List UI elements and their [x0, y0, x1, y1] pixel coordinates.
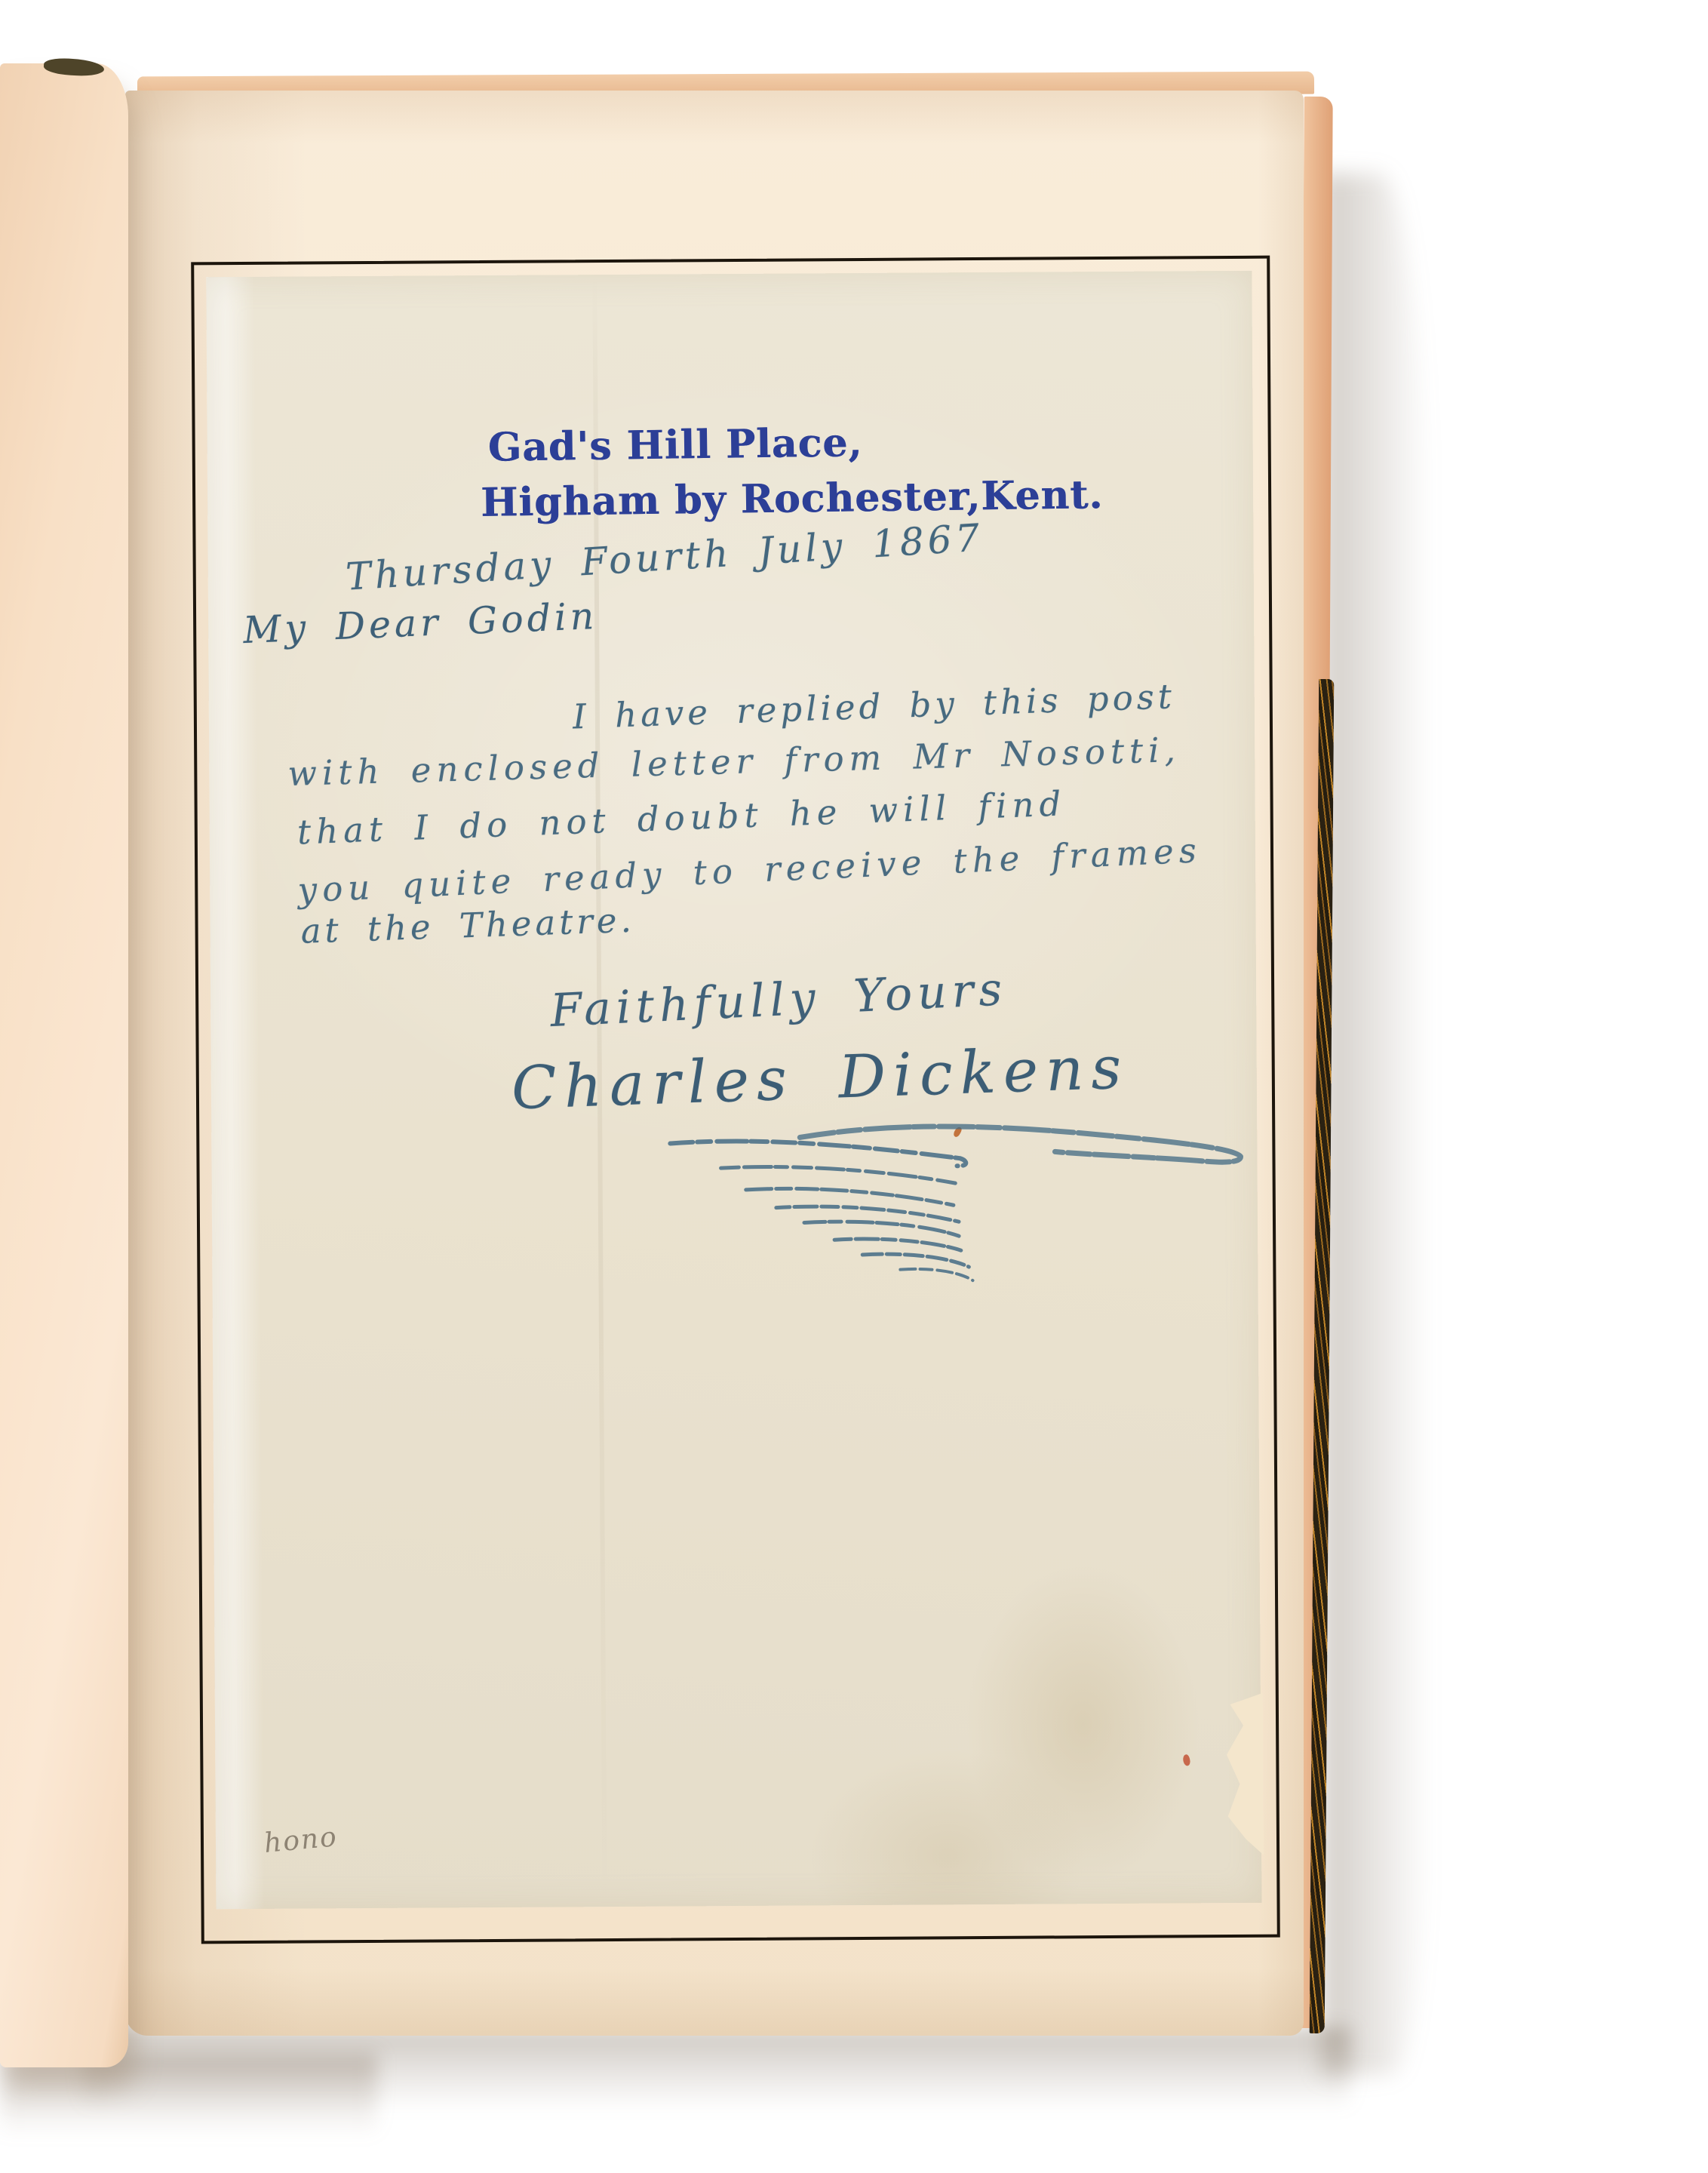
mount-frame-border: Gad's Hill Place, Higham by Rochester,Ke… [191, 256, 1280, 1944]
salutation: My Dear Godin [242, 595, 598, 652]
mounted-letter: Gad's Hill Place, Higham by Rochester,Ke… [206, 271, 1261, 1909]
pencil-annotation: hono [263, 1821, 339, 1859]
letter-edge-chip [1216, 1693, 1264, 1855]
letterhead-line-1: Gad's Hill Place, [487, 420, 862, 470]
book-flyleaf-page [0, 63, 128, 2067]
book-cast-shadow-right [1322, 174, 1450, 2075]
letterhead-line-2: Higham by Rochester,Kent. [481, 472, 1104, 526]
signature-flourish [632, 1093, 1267, 1308]
rust-speck [1182, 1753, 1192, 1766]
body-line-1: I have replied by this post [572, 676, 1176, 736]
book-photo: Gad's Hill Place, Higham by Rochester,Ke… [0, 0, 1708, 2173]
closing: Faithfully Yours [549, 963, 1009, 1037]
date-line: Thursday Fourth July 1867 [345, 515, 985, 598]
